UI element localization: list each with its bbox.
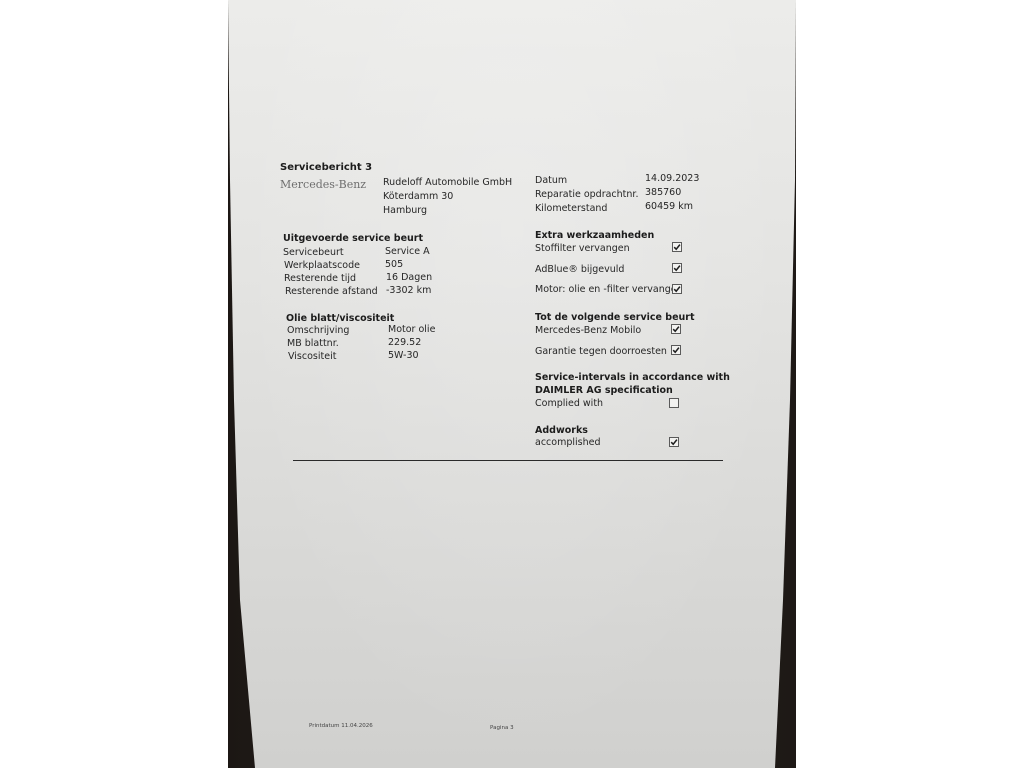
addworks-item-label: accomplished <box>535 437 601 448</box>
oil-label-sheet-number: MB blattnr. <box>287 338 339 349</box>
service-section-heading: Uitgevoerde service beurt <box>283 233 423 244</box>
checkmark-icon <box>672 346 680 354</box>
next-item-label: Garantie tegen doorroesten <box>535 346 667 357</box>
service-value-workshop: 505 <box>385 259 403 270</box>
info-value-order: 385760 <box>645 187 681 198</box>
extra-item-label: Motor: olie en -filter vervangen <box>535 284 683 295</box>
service-label-remaining-time: Resterende tijd <box>284 273 356 284</box>
info-label-order: Reparatie opdrachtnr. <box>535 189 638 200</box>
extra-item-checkbox <box>672 284 682 294</box>
service-label-remaining-distance: Resterende afstand <box>285 286 378 297</box>
paper-sheet <box>228 0 796 768</box>
oil-label-description: Omschrijving <box>287 325 349 336</box>
info-label-mileage: Kilometerstand <box>535 203 607 214</box>
document-title: Servicebericht 3 <box>280 162 372 173</box>
interval-section-heading-line2: DAIMLER AG specification <box>535 385 673 396</box>
dealer-name: Rudeloff Automobile GmbH <box>383 177 512 188</box>
checkmark-icon <box>672 325 680 333</box>
oil-section-heading: Olie blatt/viscositeit <box>286 313 394 324</box>
extra-item-checkbox <box>672 242 682 252</box>
checkmark-icon <box>673 243 681 251</box>
checkmark-icon <box>673 285 681 293</box>
extra-item-label: AdBlue® bijgevuld <box>535 264 624 275</box>
oil-value-viscosity: 5W-30 <box>388 350 419 361</box>
service-label-type: Servicebeurt <box>283 247 344 258</box>
brand-logo-text: Mercedes-Benz <box>280 178 366 191</box>
footer-print-date: Printdatum 11.04.2026 <box>309 723 373 729</box>
next-item-label: Mercedes-Benz Mobilo <box>535 325 641 336</box>
checkmark-icon <box>673 264 681 272</box>
interval-section-heading-line1: Service-intervals in accordance with <box>535 372 730 383</box>
service-value-remaining-distance: -3302 km <box>386 285 431 296</box>
next-section-heading: Tot de volgende service beurt <box>535 312 695 323</box>
service-label-workshop: Werkplaatscode <box>284 260 360 271</box>
service-value-type: Service A <box>385 246 430 257</box>
next-item-checkbox <box>671 345 681 355</box>
dealer-city: Hamburg <box>383 205 427 216</box>
photo-stage: Servicebericht 3 Mercedes-Benz Rudeloff … <box>0 0 1024 768</box>
addworks-item-checkbox <box>669 437 679 447</box>
oil-label-viscosity: Viscositeit <box>288 351 336 362</box>
oil-value-sheet-number: 229.52 <box>388 337 421 348</box>
interval-item-label: Complied with <box>535 398 603 409</box>
next-item-checkbox <box>671 324 681 334</box>
info-value-date: 14.09.2023 <box>645 173 699 184</box>
extra-item-checkbox <box>672 263 682 273</box>
dealer-street: Köterdamm 30 <box>383 191 453 202</box>
oil-value-description: Motor olie <box>388 324 435 335</box>
service-value-remaining-time: 16 Dagen <box>386 272 432 283</box>
interval-item-checkbox <box>669 398 679 408</box>
extra-section-heading: Extra werkzaamheden <box>535 230 654 241</box>
addworks-section-heading: Addworks <box>535 425 588 436</box>
info-label-date: Datum <box>535 175 567 186</box>
divider-line <box>293 460 723 461</box>
checkmark-icon <box>670 438 678 446</box>
extra-item-label: Stoffilter vervangen <box>535 243 630 254</box>
footer-page-number: Pagina 3 <box>490 725 514 731</box>
info-value-mileage: 60459 km <box>645 201 693 212</box>
